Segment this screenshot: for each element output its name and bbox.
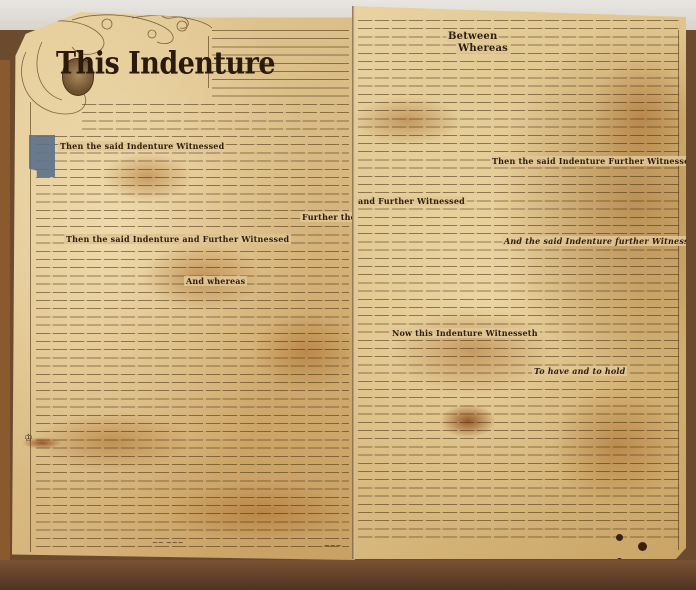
handwritten-text-block (358, 14, 680, 544)
section-heading: And the said Indenture further Witnessed (502, 236, 686, 246)
sheet-fold-line (352, 6, 355, 559)
left-parchment-sheet: This Indenture Then the said Indenture W… (12, 12, 355, 560)
section-heading: Whereas (456, 43, 510, 54)
section-heading: And whereas (184, 276, 247, 286)
section-heading: Then the said Indenture and Further Witn… (64, 234, 291, 244)
document-title: This Indenture (56, 46, 275, 82)
section-heading: Further the said Inde (300, 212, 355, 222)
photo-backdrop-left (0, 60, 10, 560)
signature: ~~~ (324, 542, 342, 550)
margin-rule (678, 30, 679, 550)
section-heading: Then the said Indenture Witnessed (58, 141, 226, 151)
photo-backdrop-bottom (0, 560, 696, 590)
crown-emblem-icon: ♔ (24, 433, 33, 444)
section-heading: Between (446, 31, 499, 42)
signature: ~~ ~~~ (152, 539, 184, 547)
section-heading: Now this Indenture Witnesseth (390, 328, 540, 338)
section-heading: To have and to hold (532, 366, 627, 376)
seal-hole (616, 558, 623, 559)
section-heading: Then the said Indenture Further Witnesse… (490, 156, 686, 166)
margin-rule (30, 102, 31, 552)
handwritten-text-block (36, 130, 349, 550)
right-parchment-sheet: Between Whereas Then the said Indenture … (352, 6, 686, 559)
seal-hole (638, 542, 647, 551)
seal-hole (616, 534, 623, 541)
section-heading: and Further Witnessed (356, 196, 467, 206)
